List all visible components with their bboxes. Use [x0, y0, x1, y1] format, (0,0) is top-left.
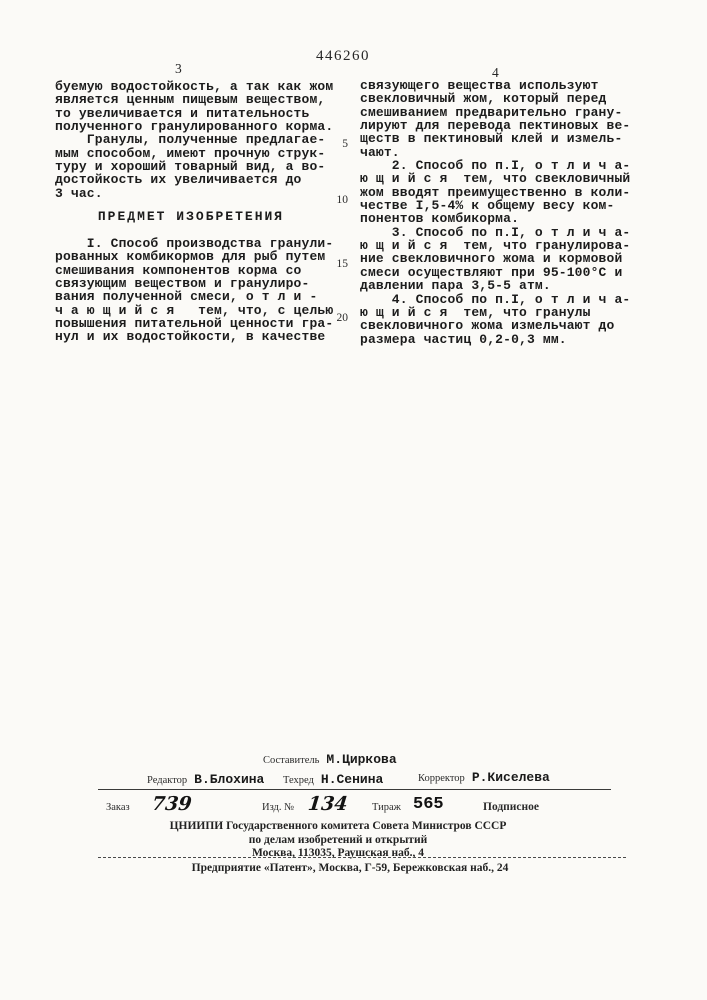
- left-column-claim-text: I. Способ производства гранули- рованных…: [55, 237, 333, 344]
- gutter-line-number-15: 15: [328, 258, 348, 270]
- right-column-claims-text: связующего вещества используют свеклович…: [360, 79, 630, 346]
- compiler-name: М.Циркова: [326, 752, 396, 767]
- editor-credit: Редактор В.Блохина: [147, 770, 264, 788]
- order-number-handwritten: 739: [151, 793, 193, 815]
- edition-label: Изд. №: [262, 802, 294, 813]
- tirazh-number: 565: [413, 795, 444, 814]
- printer-address-line: Предприятие «Патент», Москва, Г-59, Бере…: [0, 862, 700, 874]
- editor-name: В.Блохина: [194, 772, 264, 787]
- gutter-line-number-20: 20: [328, 312, 348, 324]
- patent-number: 446260: [0, 48, 686, 65]
- invention-subject-heading: ПРЕДМЕТ ИЗОБРЕТЕНИЯ: [55, 209, 327, 224]
- gutter-line-number-5: 5: [328, 138, 348, 150]
- footer-dashed-divider: [98, 857, 626, 858]
- gutter-line-number-10: 10: [328, 194, 348, 206]
- page-number-left: 3: [175, 61, 182, 77]
- edition-number-handwritten: 134: [307, 793, 349, 815]
- compiler-credit: Составитель М.Циркова: [263, 750, 397, 768]
- editor-label: Редактор: [147, 775, 187, 786]
- corrector-name: Р.Киселева: [472, 770, 550, 785]
- compiler-label: Составитель: [263, 755, 319, 766]
- tirazh-label: Тираж: [372, 802, 401, 813]
- patent-document-page: 446260 3 4 буемую водостойкость, а так к…: [0, 0, 707, 1000]
- techred-name: Н.Сенина: [321, 772, 383, 787]
- left-column-paragraphs: буемую водостойкость, а так как жом явля…: [55, 80, 333, 200]
- corrector-label: Корректор: [418, 773, 465, 784]
- order-label: Заказ: [106, 802, 130, 813]
- podpisnoe-label: Подписное: [483, 801, 539, 813]
- techred-credit: Техред Н.Сенина: [283, 770, 383, 788]
- publisher-address-block: ЦНИИПИ Государственного комитета Совета …: [0, 820, 676, 861]
- corrector-credit: Корректор Р.Киселева: [418, 768, 550, 786]
- footer-divider-line: [98, 789, 611, 790]
- techred-label: Техред: [283, 775, 314, 786]
